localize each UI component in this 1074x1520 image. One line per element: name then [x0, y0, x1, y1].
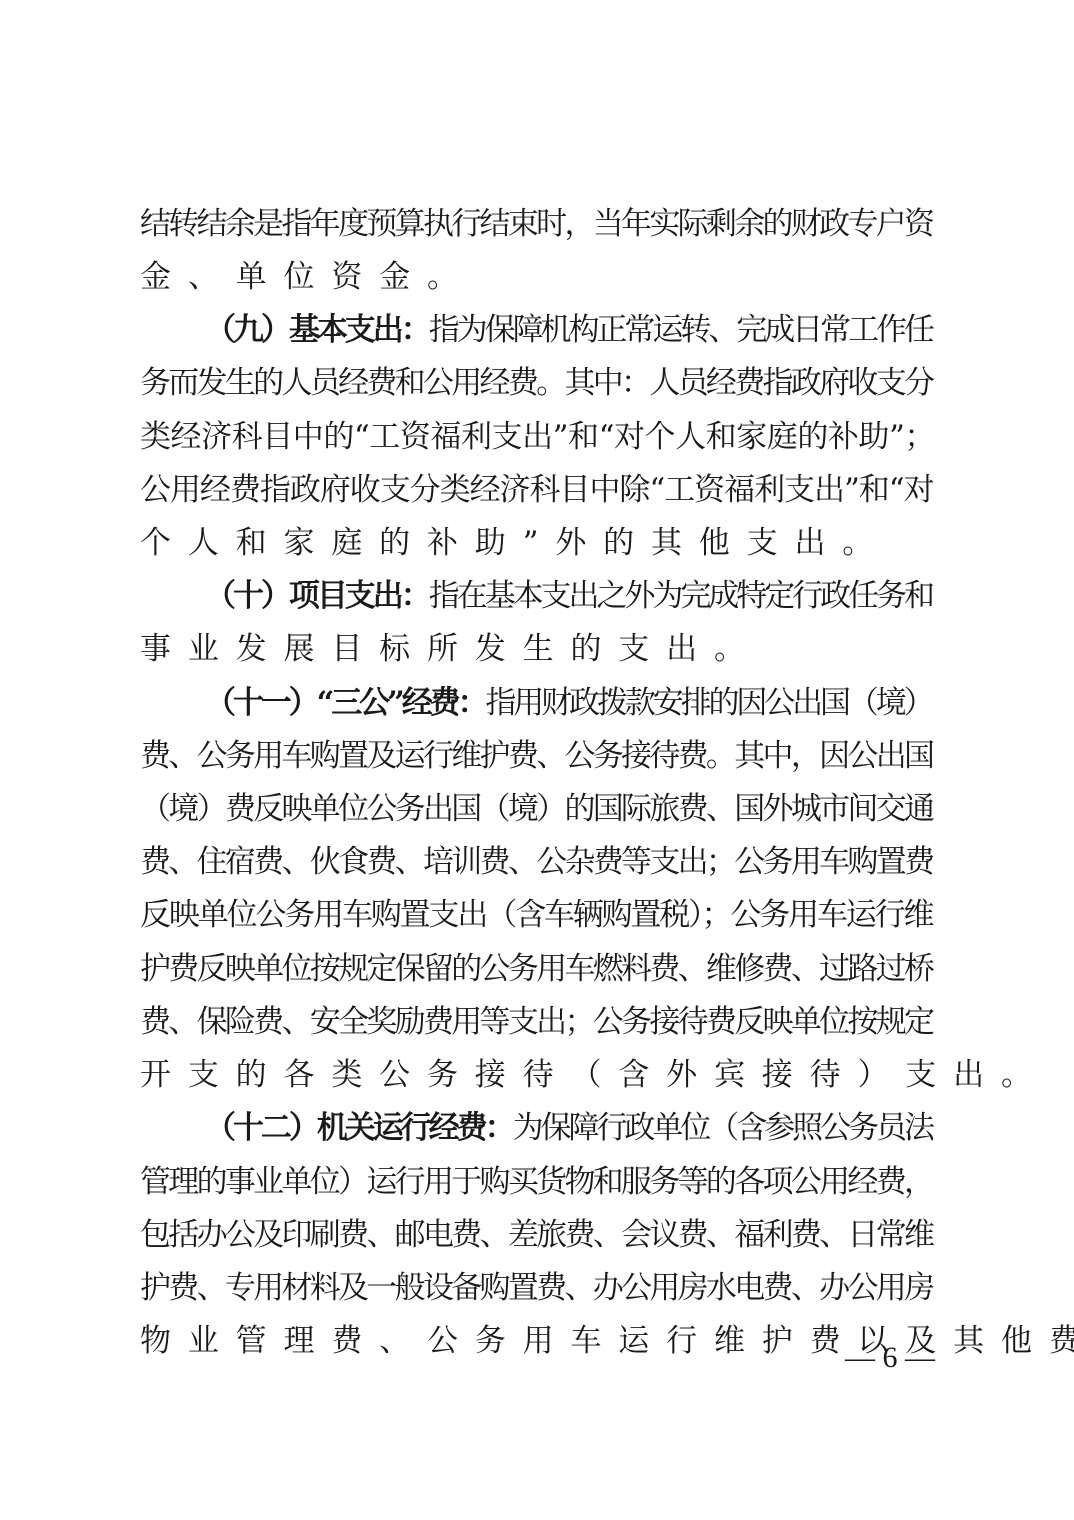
line-text: 开支的各类公务接待（含外宾接待）支出。 [140, 1048, 1049, 1102]
text-line: 开支的各类公务接待（含外宾接待）支出。 [140, 1048, 1049, 1102]
text-line: （境）费反映单位公务出国（境）的国际旅费、国外城市间交通 [140, 782, 932, 836]
text-line: 结转结余是指年度预算执行结束时，当年实际剩余的财政专户资 [140, 197, 932, 251]
line-text: 金、单位资金。 [140, 250, 475, 304]
section-heading-project-expenditure: （十）项目支出： [205, 569, 429, 623]
line-text: 护费、专用材料及一般设备购置费、办公用房水电费、办公用房 [140, 1261, 932, 1315]
line-text: 费、住宿费、伙食费、培训费、公杂费等支出；公务用车购置费 [140, 835, 932, 889]
line-text: 个人和家庭的补助”外的其他支出。 [140, 516, 890, 570]
line-text: 管理的事业单位）运行用于购买货物和服务等的各项公用经费， [140, 1155, 932, 1209]
section-heading-three-public-expenses: （十一）“三公”经费： [205, 676, 485, 730]
text-line: 反映单位公务用车购置支出（含车辆购置税）；公务用车运行维 [140, 888, 932, 942]
section-heading-agency-operating-expenses: （十二）机关运行经费： [205, 1101, 513, 1155]
text-line: 费、公务用车购置及运行维护费、公务接待费。其中，因公出国 [140, 729, 932, 783]
line-text: 费、公务用车购置及运行维护费、公务接待费。其中，因公出国 [140, 729, 932, 783]
text-line: 公用经费指政府收支分类经济科目中除“工资福利支出”和“对 [140, 463, 934, 517]
line-text: 费、保险费、安全奖励费用等支出；公务接待费反映单位按规定 [140, 995, 932, 1049]
section-heading-line: （九）基本支出：指为保障机构正常运转、完成日常工作任 [205, 303, 932, 357]
line-text: 指在基本支出之外为完成特定行政任务和 [429, 569, 932, 623]
section-heading-line: （十一）“三公”经费：指用财政拨款安排的因公出国（境） [205, 676, 932, 730]
text-line: 事业发展目标所发生的支出。 [140, 622, 762, 676]
line-text: 包括办公及印刷费、邮电费、差旅费、会议费、福利费、日常维 [140, 1208, 932, 1262]
line-text: 为保障行政单位（含参照公务员法 [513, 1101, 932, 1155]
text-line: 护费、专用材料及一般设备购置费、办公用房水电费、办公用房 [140, 1261, 932, 1315]
line-text: 事业发展目标所发生的支出。 [140, 622, 762, 676]
text-line: 金、单位资金。 [140, 250, 475, 304]
text-line: 护费反映单位按规定保留的公务用车燃料费、维修费、过路过桥 [140, 942, 932, 996]
line-text: 务而发生的人员经费和公用经费。其中：人员经费指政府收支分 [140, 356, 932, 410]
text-line: 个人和家庭的补助”外的其他支出。 [140, 516, 890, 570]
line-text: （境）费反映单位公务出国（境）的国际旅费、国外城市间交通 [140, 782, 932, 836]
text-line: 管理的事业单位）运行用于购买货物和服务等的各项公用经费， [140, 1155, 932, 1209]
page-number: — 6 — [845, 1338, 935, 1378]
line-text: 指为保障机构正常运转、完成日常工作任 [429, 303, 932, 357]
line-text: 护费反映单位按规定保留的公务用车燃料费、维修费、过路过桥 [140, 942, 932, 996]
section-heading-line: （十）项目支出：指在基本支出之外为完成特定行政任务和 [205, 569, 932, 623]
text-line: 费、保险费、安全奖励费用等支出；公务接待费反映单位按规定 [140, 995, 932, 1049]
line-text: 类经济科目中的“工资福利支出”和“对个人和家庭的补助”； [140, 410, 935, 464]
text-line: 务而发生的人员经费和公用经费。其中：人员经费指政府收支分 [140, 356, 932, 410]
section-heading-basic-expenditure: （九）基本支出： [205, 303, 429, 357]
text-line: 费、住宿费、伙食费、培训费、公杂费等支出；公务用车购置费 [140, 835, 932, 889]
document-page: 结转结余是指年度预算执行结束时，当年实际剩余的财政专户资 金、单位资金。 （九）… [0, 0, 1074, 1520]
text-line: 类经济科目中的“工资福利支出”和“对个人和家庭的补助”； [140, 410, 935, 464]
section-heading-line: （十二）机关运行经费：为保障行政单位（含参照公务员法 [205, 1101, 932, 1155]
line-text: 结转结余是指年度预算执行结束时，当年实际剩余的财政专户资 [140, 197, 932, 251]
text-line: 包括办公及印刷费、邮电费、差旅费、会议费、福利费、日常维 [140, 1208, 932, 1262]
line-text: 指用财政拨款安排的因公出国（境） [485, 676, 931, 730]
line-text: 反映单位公务用车购置支出（含车辆购置税）；公务用车运行维 [140, 888, 932, 942]
line-text: 公用经费指政府收支分类经济科目中除“工资福利支出”和“对 [140, 463, 934, 517]
